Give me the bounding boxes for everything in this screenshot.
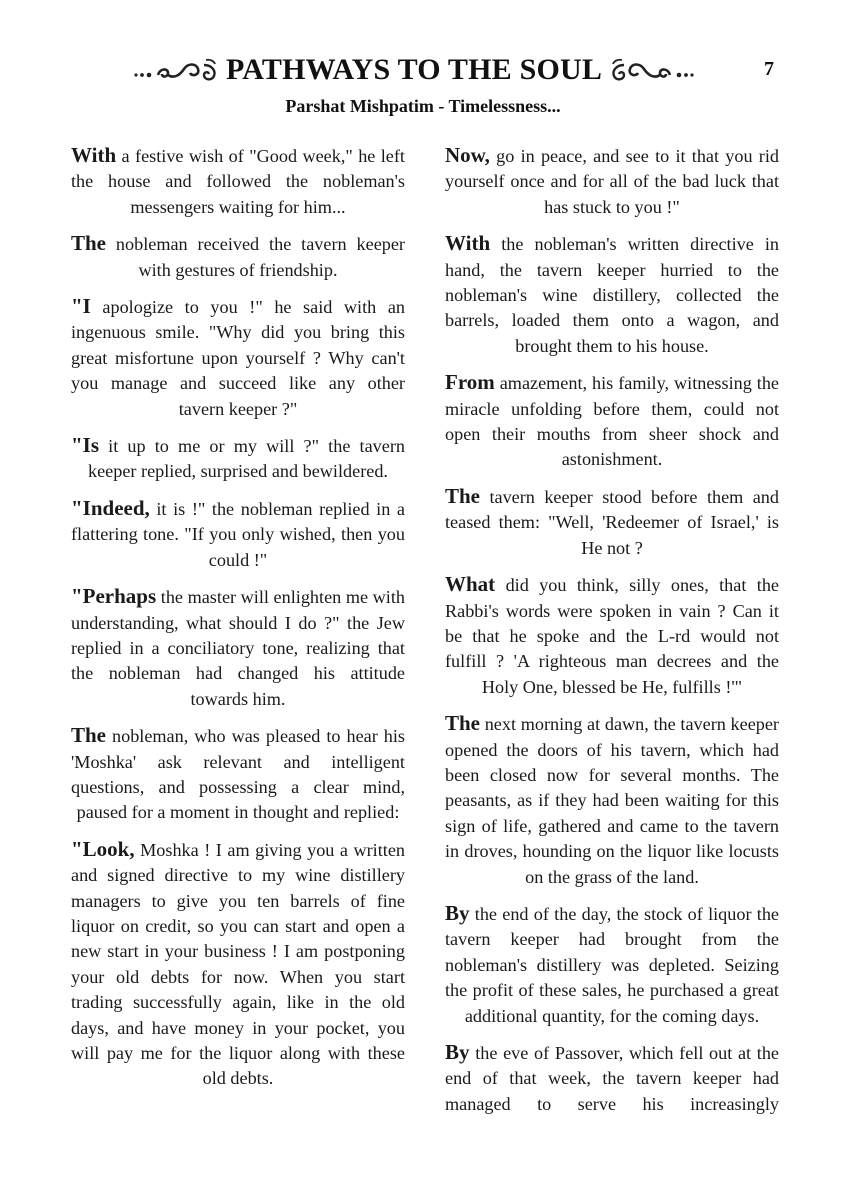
paragraph-text: tavern keeper stood before them and teas…: [445, 487, 779, 558]
paragraph-text: nobleman, who was pleased to hear his 'M…: [71, 726, 405, 822]
left-column: With a festive wish of "Good week," he l…: [71, 143, 405, 1103]
page-header: PATHWAYS TO THE SOUL 7: [0, 52, 846, 92]
paragraph: What did you think, silly ones, that the…: [445, 572, 779, 700]
paragraph-lead-word: "Perhaps: [71, 584, 156, 608]
paragraph-lead-word: "Is: [71, 433, 99, 457]
publication-title: PATHWAYS TO THE SOUL: [226, 52, 602, 88]
paragraph-text: did you think, silly ones, that the Rabb…: [445, 575, 779, 697]
paragraph: The next morning at dawn, the tavern kee…: [445, 711, 779, 890]
paragraph-text: apologize to you !" he said with an inge…: [71, 297, 405, 419]
paragraph-lead-word: "I: [71, 294, 91, 318]
paragraph-text: the nobleman's written directive in hand…: [445, 234, 779, 356]
paragraph-lead-word: The: [71, 231, 106, 255]
paragraph-lead-word: "Indeed,: [71, 496, 150, 520]
paragraph-text: it up to me or my will ?" the tavern kee…: [88, 436, 405, 481]
paragraph: "I apologize to you !" he said with an i…: [71, 294, 405, 422]
paragraph-lead-word: By: [445, 901, 470, 925]
paragraph-lead-word: The: [445, 484, 480, 508]
paragraph: Now, go in peace, and see to it that you…: [445, 143, 779, 220]
paragraph: "Look, Moshka ! I am giving you a writte…: [71, 837, 405, 1092]
paragraph: By the end of the day, the stock of liqu…: [445, 901, 779, 1029]
paragraph-text: the end of the day, the stock of liquor …: [445, 904, 779, 1026]
paragraph-lead-word: The: [71, 723, 106, 747]
paragraph: From amazement, his family, witnessing t…: [445, 370, 779, 473]
paragraph: With a festive wish of "Good week," he l…: [71, 143, 405, 220]
flourish-ornament-left-icon: [132, 55, 222, 85]
paragraph-text: next morning at dawn, the tavern keeper …: [445, 714, 779, 886]
right-column: Now, go in peace, and see to it that you…: [445, 143, 779, 1128]
paragraph: The tavern keeper stood before them and …: [445, 484, 779, 561]
paragraph: The nobleman, who was pleased to hear hi…: [71, 723, 405, 826]
paragraph: "Perhaps the master will enlighten me wi…: [71, 584, 405, 712]
paragraph: "Indeed, it is !" the nobleman replied i…: [71, 496, 405, 573]
title-row: PATHWAYS TO THE SOUL: [132, 52, 696, 88]
flourish-ornament-right-icon: [606, 55, 696, 85]
paragraph-lead-word: Now,: [445, 143, 490, 167]
paragraph: "Is it up to me or my will ?" the tavern…: [71, 433, 405, 485]
paragraph-lead-word: From: [445, 370, 495, 394]
paragraph-lead-word: With: [71, 143, 116, 167]
paragraph-text: a festive wish of "Good week," he left t…: [71, 146, 405, 217]
paragraph-lead-word: "Look,: [71, 837, 135, 861]
paragraph-lead-word: The: [445, 711, 480, 735]
paragraph: The nobleman received the tavern keeper …: [71, 231, 405, 283]
paragraph-lead-word: By: [445, 1040, 470, 1064]
paragraph-text: amazement, his family, witnessing the mi…: [445, 373, 779, 469]
paragraph-lead-word: With: [445, 231, 490, 255]
section-subtitle: Parshat Mishpatim - Timelessness...: [0, 96, 846, 117]
paragraph-text: the eve of Passover, which fell out at t…: [445, 1043, 779, 1114]
paragraph: With the nobleman's written directive in…: [445, 231, 779, 359]
paragraph: By the eve of Passover, which fell out a…: [445, 1040, 779, 1117]
paragraph-text: Moshka ! I am giving you a written and s…: [71, 840, 405, 1089]
paragraph-lead-word: What: [445, 572, 495, 596]
paragraph-text: nobleman received the tavern keeper with…: [106, 234, 405, 279]
paragraph-text: go in peace, and see to it that you rid …: [445, 146, 779, 217]
page-number: 7: [764, 58, 774, 81]
